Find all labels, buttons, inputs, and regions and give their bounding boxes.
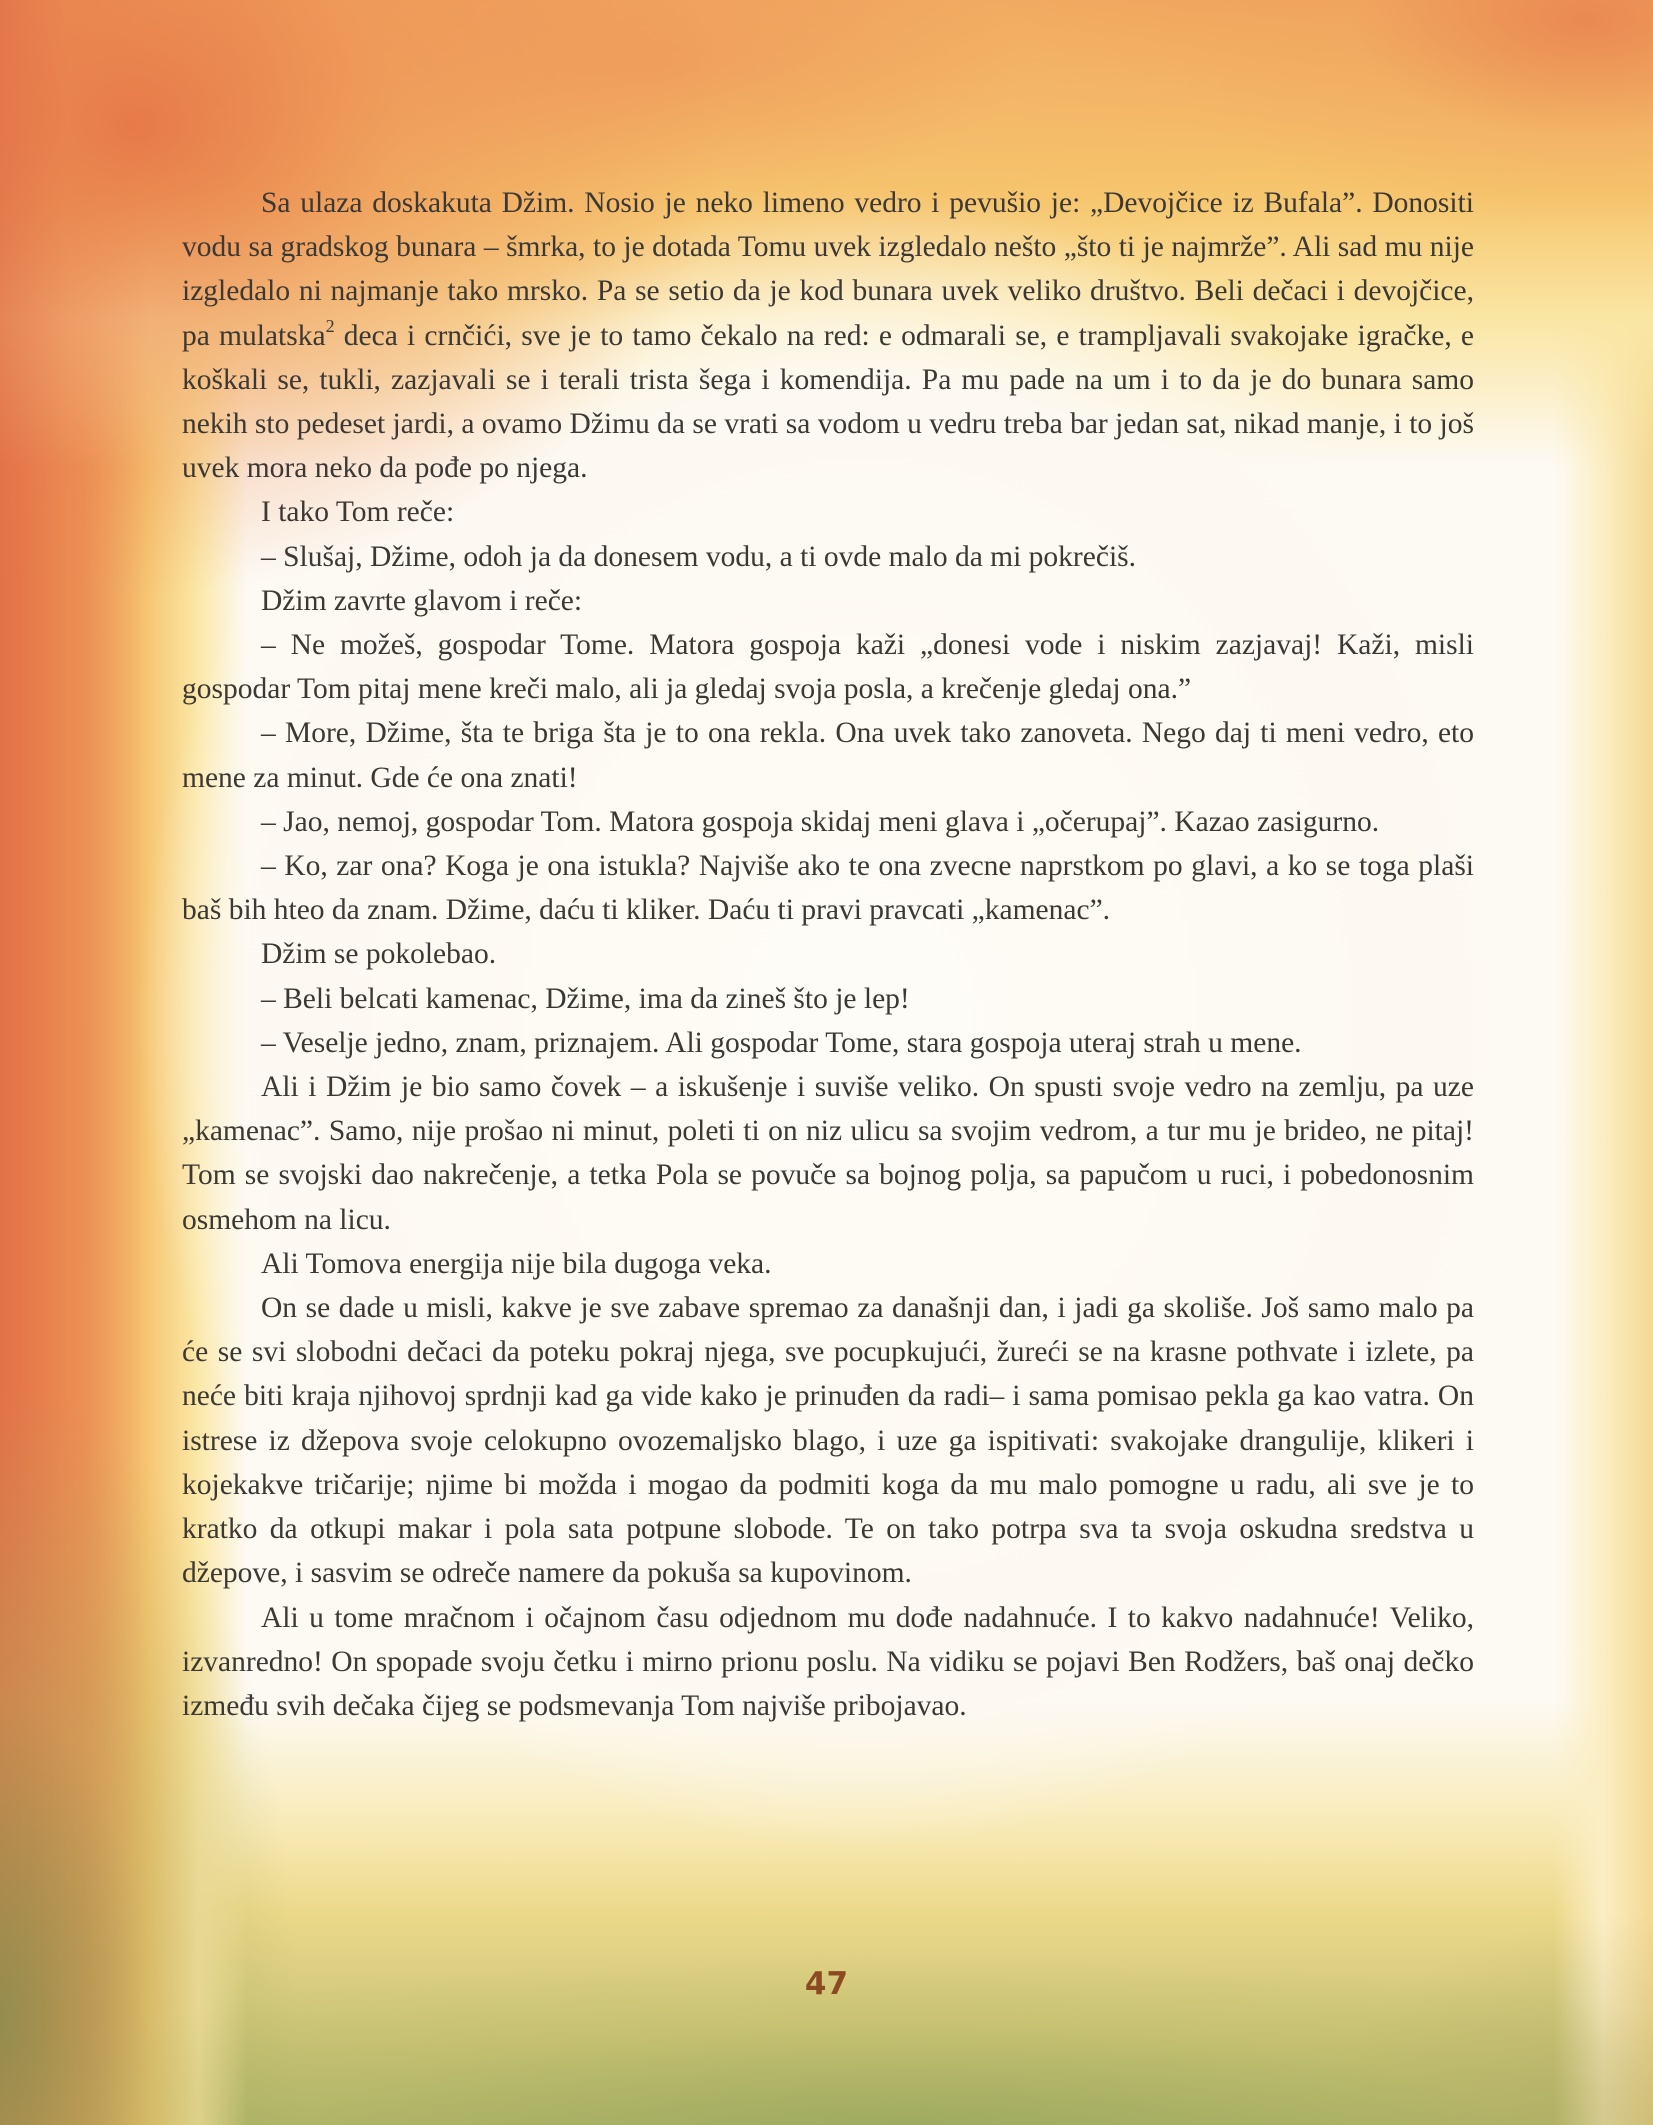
paragraph: – Jao, nemoj, gospodar Tom. Matora gospo…	[182, 800, 1474, 844]
paragraph: Sa ulaza doskakuta Džim. Nosio je neko l…	[182, 181, 1474, 490]
page-number: 47	[0, 1966, 1653, 2002]
page-body-text: Sa ulaza doskakuta Džim. Nosio je neko l…	[182, 181, 1474, 1728]
paragraph: I tako Tom reče:	[182, 490, 1474, 534]
paragraph: – Ko, zar ona? Koga je ona istukla? Najv…	[182, 844, 1474, 932]
footnote-marker[interactable]: 2	[326, 316, 335, 336]
paragraph: – Ne možeš, gospodar Tome. Matora gospoj…	[182, 623, 1474, 711]
paragraph: Ali Tomova energija nije bila dugoga vek…	[182, 1242, 1474, 1286]
paragraph: – Beli belcati kamenac, Džime, ima da zi…	[182, 977, 1474, 1021]
paragraph-text: deca i crnčići, sve je to tamo čekalo na…	[182, 320, 1474, 485]
paragraph: Ali u tome mračnom i očajnom času odjedn…	[182, 1596, 1474, 1729]
paragraph: Ali i Džim je bio samo čovek – a iskušen…	[182, 1065, 1474, 1242]
paragraph: On se dade u misli, kakve je sve zabave …	[182, 1286, 1474, 1595]
paragraph: – Veselje jedno, znam, priznajem. Ali go…	[182, 1021, 1474, 1065]
paragraph: – Slušaj, Džime, odoh ja da donesem vodu…	[182, 535, 1474, 579]
paragraph: – More, Džime, šta te briga šta je to on…	[182, 711, 1474, 799]
paragraph: Džim se pokolebao.	[182, 932, 1474, 976]
paragraph: Džim zavrte glavom i reče:	[182, 579, 1474, 623]
